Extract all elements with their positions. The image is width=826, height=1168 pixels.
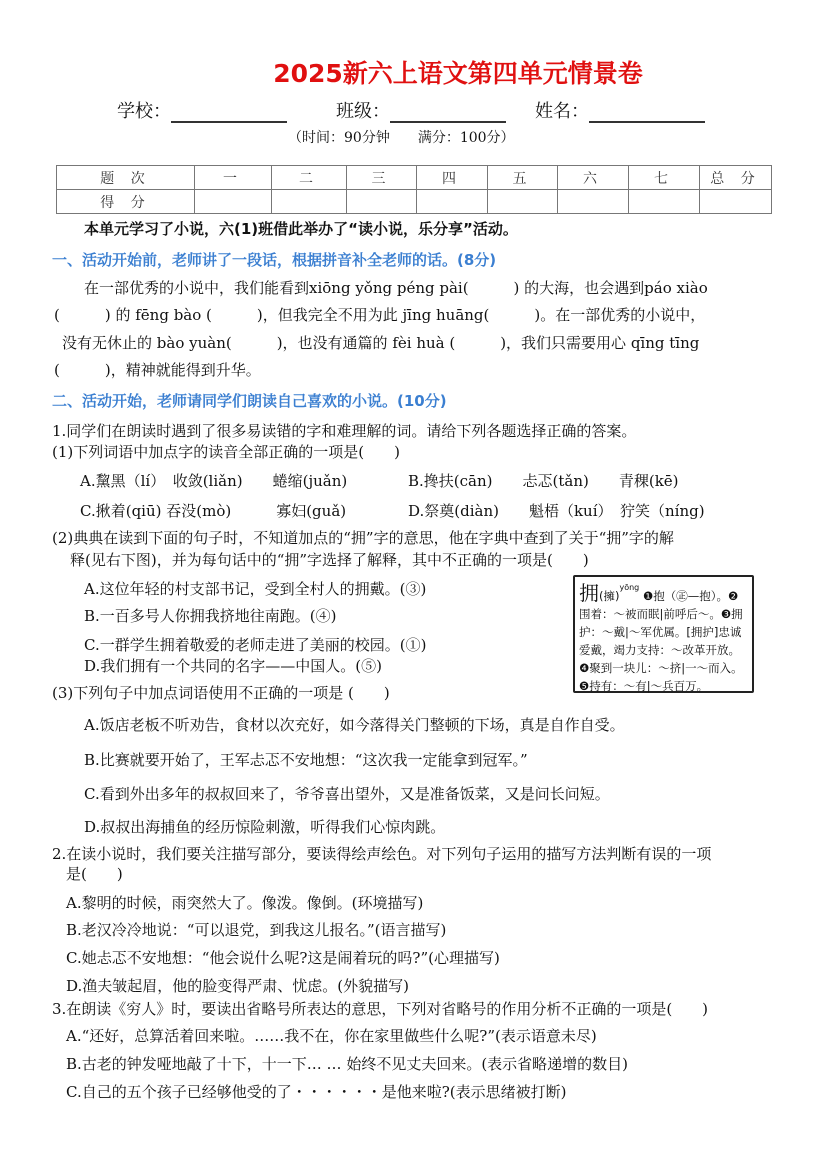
- option-a[interactable]: A.黧黑（lí） 收敛(liǎn) 蜷缩(juǎn): [80, 470, 347, 491]
- dictionary-definition: ❶抱（㊣—抱）。❷围着：～被而眠|前呼后～。❸拥护：～戴|～军优属。[拥护]忠诚…: [579, 589, 743, 693]
- section-1-line: 在一部优秀的小说中，我们能看到xiōng yǒng péng pài( ) 的大…: [84, 277, 708, 298]
- table-cell: 题 次: [57, 166, 195, 190]
- name-label: 姓名：: [535, 101, 589, 122]
- score-input-cell[interactable]: [195, 190, 272, 214]
- option-d[interactable]: D.我们拥有一个共同的名字——中国人。(⑤): [84, 655, 382, 676]
- table-cell: 三: [347, 166, 417, 190]
- class-blank[interactable]: [390, 103, 506, 123]
- name-blank[interactable]: [589, 103, 705, 123]
- question-1-3-stem: (3)下列句子中加点词语使用不正确的一项是 ( ): [52, 682, 390, 703]
- section-2-heading: 二、活动开始，老师请同学们朗读自己喜欢的小说。(10分): [52, 390, 447, 411]
- option-b[interactable]: B.搀扶(cān) 忐忑(tǎn) 青稞(kē): [408, 470, 679, 491]
- score-input-cell[interactable]: [700, 190, 772, 214]
- question-2-stem-cont: 是( ): [66, 863, 123, 884]
- name-field: 姓名：: [535, 97, 705, 123]
- score-table: 题 次 一 二 三 四 五 六 七 总 分 得 分: [56, 165, 772, 214]
- option-b[interactable]: B.比赛就要开始了，王军忐忑不安地想：“这次我一定能拿到冠军。”: [84, 749, 528, 770]
- exam-title: 2025新六上语文第四单元情景卷: [0, 54, 826, 90]
- time-info: （时间：90分钟 满分：100分）: [288, 127, 515, 147]
- table-row-header: 题 次 一 二 三 四 五 六 七 总 分: [57, 166, 772, 190]
- option-c[interactable]: C.看到外出多年的叔叔回来了，爷爷喜出望外，又是准备饭菜，又是问长问短。: [84, 783, 610, 804]
- score-input-cell[interactable]: [272, 190, 347, 214]
- question-1-1-stem: (1)下列词语中加点字的读音全部正确的一项是( ): [52, 441, 400, 462]
- option-d[interactable]: D.叔叔出海捕鱼的经历惊险刺激，听得我们心惊肉跳。: [84, 816, 445, 837]
- class-label: 班级：: [336, 101, 390, 122]
- school-blank[interactable]: [171, 103, 287, 123]
- section-1-line: ( ) 的 fēng bào ( )，但我完全不用为此 jīng huāng( …: [54, 304, 705, 325]
- option-b[interactable]: B.古老的钟发哑地敲了十下，十一下… … 始终不见丈夫回来。(表示省略递增的数目…: [66, 1053, 628, 1074]
- score-input-cell[interactable]: [417, 190, 488, 214]
- option-c[interactable]: C.一群学生拥着敬爱的老师走进了美丽的校园。(①): [84, 634, 426, 655]
- option-a[interactable]: A.黎明的时候，雨突然大了。像泼。像倒。(环境描写): [66, 892, 423, 913]
- score-input-cell[interactable]: [347, 190, 417, 214]
- class-field: 班级：: [336, 97, 506, 123]
- option-d[interactable]: D.祭奠(diàn) 魁梧（kuí） 狞笑（níng): [408, 500, 705, 521]
- table-row-score: 得 分: [57, 190, 772, 214]
- school-label: 学校：: [117, 101, 171, 122]
- option-a[interactable]: A.“还好，总算活着回来啦。……我不在，你在家里做些什么呢?”(表示语意未尽): [66, 1025, 597, 1046]
- question-3-stem: 3.在朗读《穷人》时，要读出省略号所表达的意思，下列对省略号的作用分析不正确的一…: [52, 998, 708, 1019]
- table-cell: 五: [488, 166, 558, 190]
- table-cell: 一: [195, 166, 272, 190]
- dictionary-entry-box: 拥(擁)yōng ❶抱（㊣—抱）。❷围着：～被而眠|前呼后～。❸拥护：～戴|～军…: [573, 575, 754, 693]
- option-a[interactable]: A.饭店老板不听劝告，食材以次充好，如今落得关门整顿的下场，真是自作自受。: [84, 714, 625, 735]
- table-cell: 六: [558, 166, 629, 190]
- score-input-cell[interactable]: [488, 190, 558, 214]
- dictionary-traditional: (擁): [599, 589, 619, 603]
- option-c[interactable]: C.自己的五个孩子已经够他受的了・・・・・・是他来啦?(表示思绪被打断): [66, 1081, 566, 1102]
- score-input-cell[interactable]: [558, 190, 629, 214]
- table-cell: 二: [272, 166, 347, 190]
- question-1-2-stem-cont: 释(见右下图)，并为每句话中的“拥”字选择了解释，其中不正确的一项是( ): [70, 549, 589, 570]
- table-cell: 总 分: [700, 166, 772, 190]
- table-cell: 七: [629, 166, 700, 190]
- table-cell: 得 分: [57, 190, 195, 214]
- option-b[interactable]: B.一百多号人你拥我挤地往南跑。(④): [84, 605, 337, 626]
- question-2-stem: 2.在读小说时，我们要关注描写部分，要读得绘声绘色。对下列句子运用的描写方法判断…: [52, 843, 711, 864]
- option-b[interactable]: B.老汉冷冷地说：“可以退党，到我这儿报名。”(语言描写): [66, 919, 446, 940]
- option-a[interactable]: A.这位年轻的村支部书记，受到全村人的拥戴。(③): [84, 578, 426, 599]
- score-input-cell[interactable]: [629, 190, 700, 214]
- question-1-stem: 1.同学们在朗读时遇到了很多易读错的字和难理解的词。请给下列各题选择正确的答案。: [52, 420, 636, 441]
- section-1-line: ( )，精神就能得到升华。: [54, 359, 261, 380]
- school-field: 学校：: [117, 97, 287, 123]
- intro-text: 本单元学习了小说，六(1)班借此举办了“读小说，乐分享”活动。: [84, 218, 518, 239]
- section-1-line: 没有无休止的 bào yuàn( )，也没有通篇的 fèi huà ( )，我们…: [62, 332, 699, 353]
- dictionary-pinyin: yōng: [619, 583, 639, 592]
- question-1-2-stem: (2)典典在读到下面的句子时，不知道加点的“拥”字的意思，他在字典中查到了关于“…: [52, 527, 674, 548]
- option-c[interactable]: C.揪着(qiū) 吞没(mò) 寡妇(guǎ): [80, 500, 346, 521]
- dictionary-char: 拥: [579, 581, 599, 605]
- option-d[interactable]: D.渔夫皱起眉，他的脸变得严肃、忧虑。(外貌描写): [66, 975, 409, 996]
- option-c[interactable]: C.她忐忑不安地想：“他会说什么呢?这是闹着玩的吗?”(心理描写): [66, 947, 500, 968]
- section-1-heading: 一、活动开始前，老师讲了一段话，根据拼音补全老师的话。(8分): [52, 249, 496, 270]
- table-cell: 四: [417, 166, 488, 190]
